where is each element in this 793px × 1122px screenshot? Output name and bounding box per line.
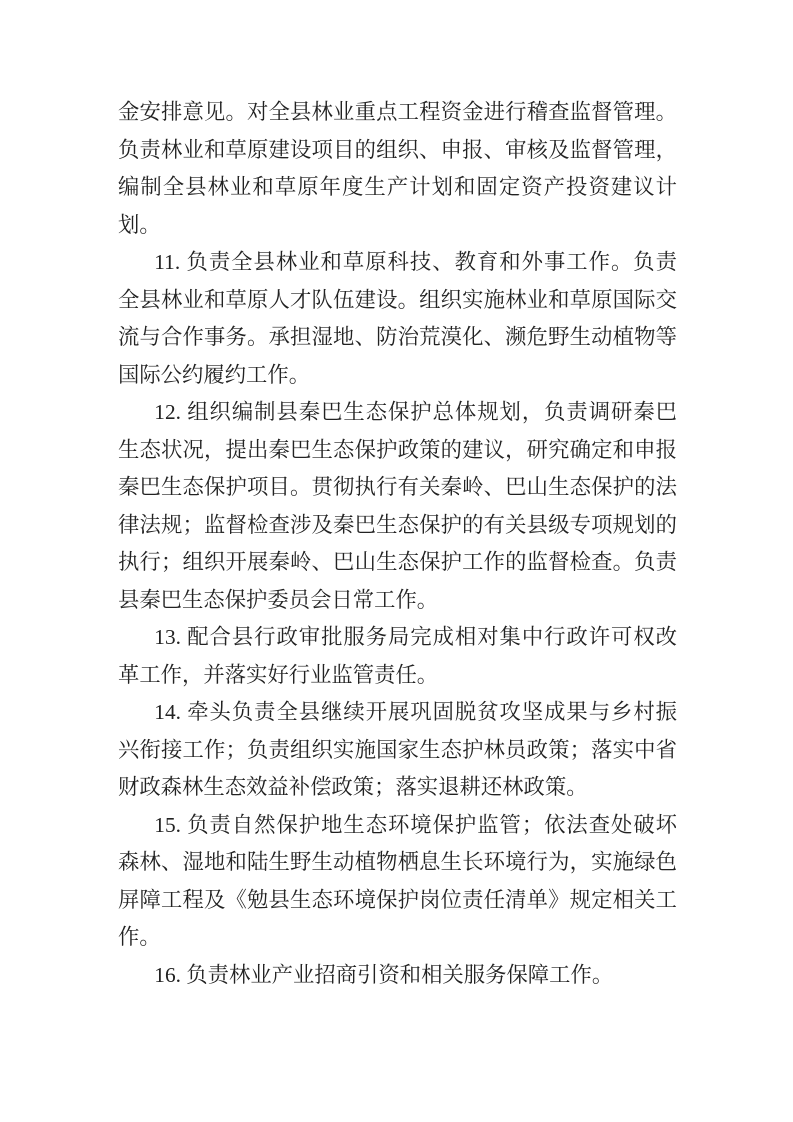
text-line: 财政森林生态效益补偿政策；落实退耕还林政策。 — [118, 769, 677, 807]
text-line: 16. 负责林业产业招商引资和相关服务保障工作。 — [118, 957, 677, 995]
text-line: 革工作，并落实好行业监管责任。 — [118, 657, 677, 695]
paragraph-continuation: 金安排意见。对全县林业重点工程资金进行稽查监督管理。负责林业和草原建设项目的组织… — [118, 94, 677, 244]
text-line: 15. 负责自然保护地生态环境保护监管；依法查处破坏 — [118, 807, 677, 845]
text-line: 屏障工程及《勉县生态环境保护岗位责任清单》规定相关工 — [118, 882, 677, 920]
paragraph-item-12: 12. 组织编制县秦巴生态保护总体规划，负责调研秦巴生态状况，提出秦巴生态保护政… — [118, 394, 677, 619]
document-page: 金安排意见。对全县林业重点工程资金进行稽查监督管理。负责林业和草原建设项目的组织… — [0, 0, 793, 1122]
text-line: 兴衔接工作；负责组织实施国家生态护林员政策；落实中省 — [118, 732, 677, 770]
paragraph-item-15: 15. 负责自然保护地生态环境保护监管；依法查处破坏森林、湿地和陆生野生动植物栖… — [118, 807, 677, 957]
text-line: 森林、湿地和陆生野生动植物栖息生长环境行为，实施绿色 — [118, 844, 677, 882]
text-line: 执行；组织开展秦岭、巴山生态保护工作的监督检查。负责 — [118, 544, 677, 582]
text-line: 县秦巴生态保护委员会日常工作。 — [118, 582, 677, 620]
paragraph-item-16: 16. 负责林业产业招商引资和相关服务保障工作。 — [118, 957, 677, 995]
text-line: 全县林业和草原人才队伍建设。组织实施林业和草原国际交 — [118, 282, 677, 320]
text-line: 国际公约履约工作。 — [118, 357, 677, 395]
text-line: 编制全县林业和草原年度生产计划和固定资产投资建议计 — [118, 169, 677, 207]
text-line: 划。 — [118, 207, 677, 245]
text-line: 作。 — [118, 919, 677, 957]
text-line: 金安排意见。对全县林业重点工程资金进行稽查监督管理。 — [118, 94, 677, 132]
text-line: 秦巴生态保护项目。贯彻执行有关秦岭、巴山生态保护的法 — [118, 469, 677, 507]
text-line: 11. 负责全县林业和草原科技、教育和外事工作。负责 — [118, 244, 677, 282]
paragraph-item-11: 11. 负责全县林业和草原科技、教育和外事工作。负责全县林业和草原人才队伍建设。… — [118, 244, 677, 394]
text-line: 生态状况，提出秦巴生态保护政策的建议，研究确定和申报 — [118, 432, 677, 470]
text-line: 律法规；监督检查涉及秦巴生态保护的有关县级专项规划的 — [118, 507, 677, 545]
document-text-block: 金安排意见。对全县林业重点工程资金进行稽查监督管理。负责林业和草原建设项目的组织… — [118, 94, 677, 994]
paragraph-item-14: 14. 牵头负责全县继续开展巩固脱贫攻坚成果与乡村振兴衔接工作；负责组织实施国家… — [118, 694, 677, 807]
text-line: 13. 配合县行政审批服务局完成相对集中行政许可权改 — [118, 619, 677, 657]
text-line: 12. 组织编制县秦巴生态保护总体规划，负责调研秦巴 — [118, 394, 677, 432]
text-line: 流与合作事务。承担湿地、防治荒漠化、濒危野生动植物等 — [118, 319, 677, 357]
paragraph-item-13: 13. 配合县行政审批服务局完成相对集中行政许可权改革工作，并落实好行业监管责任… — [118, 619, 677, 694]
text-line: 14. 牵头负责全县继续开展巩固脱贫攻坚成果与乡村振 — [118, 694, 677, 732]
text-line: 负责林业和草原建设项目的组织、申报、审核及监督管理， — [118, 132, 677, 170]
